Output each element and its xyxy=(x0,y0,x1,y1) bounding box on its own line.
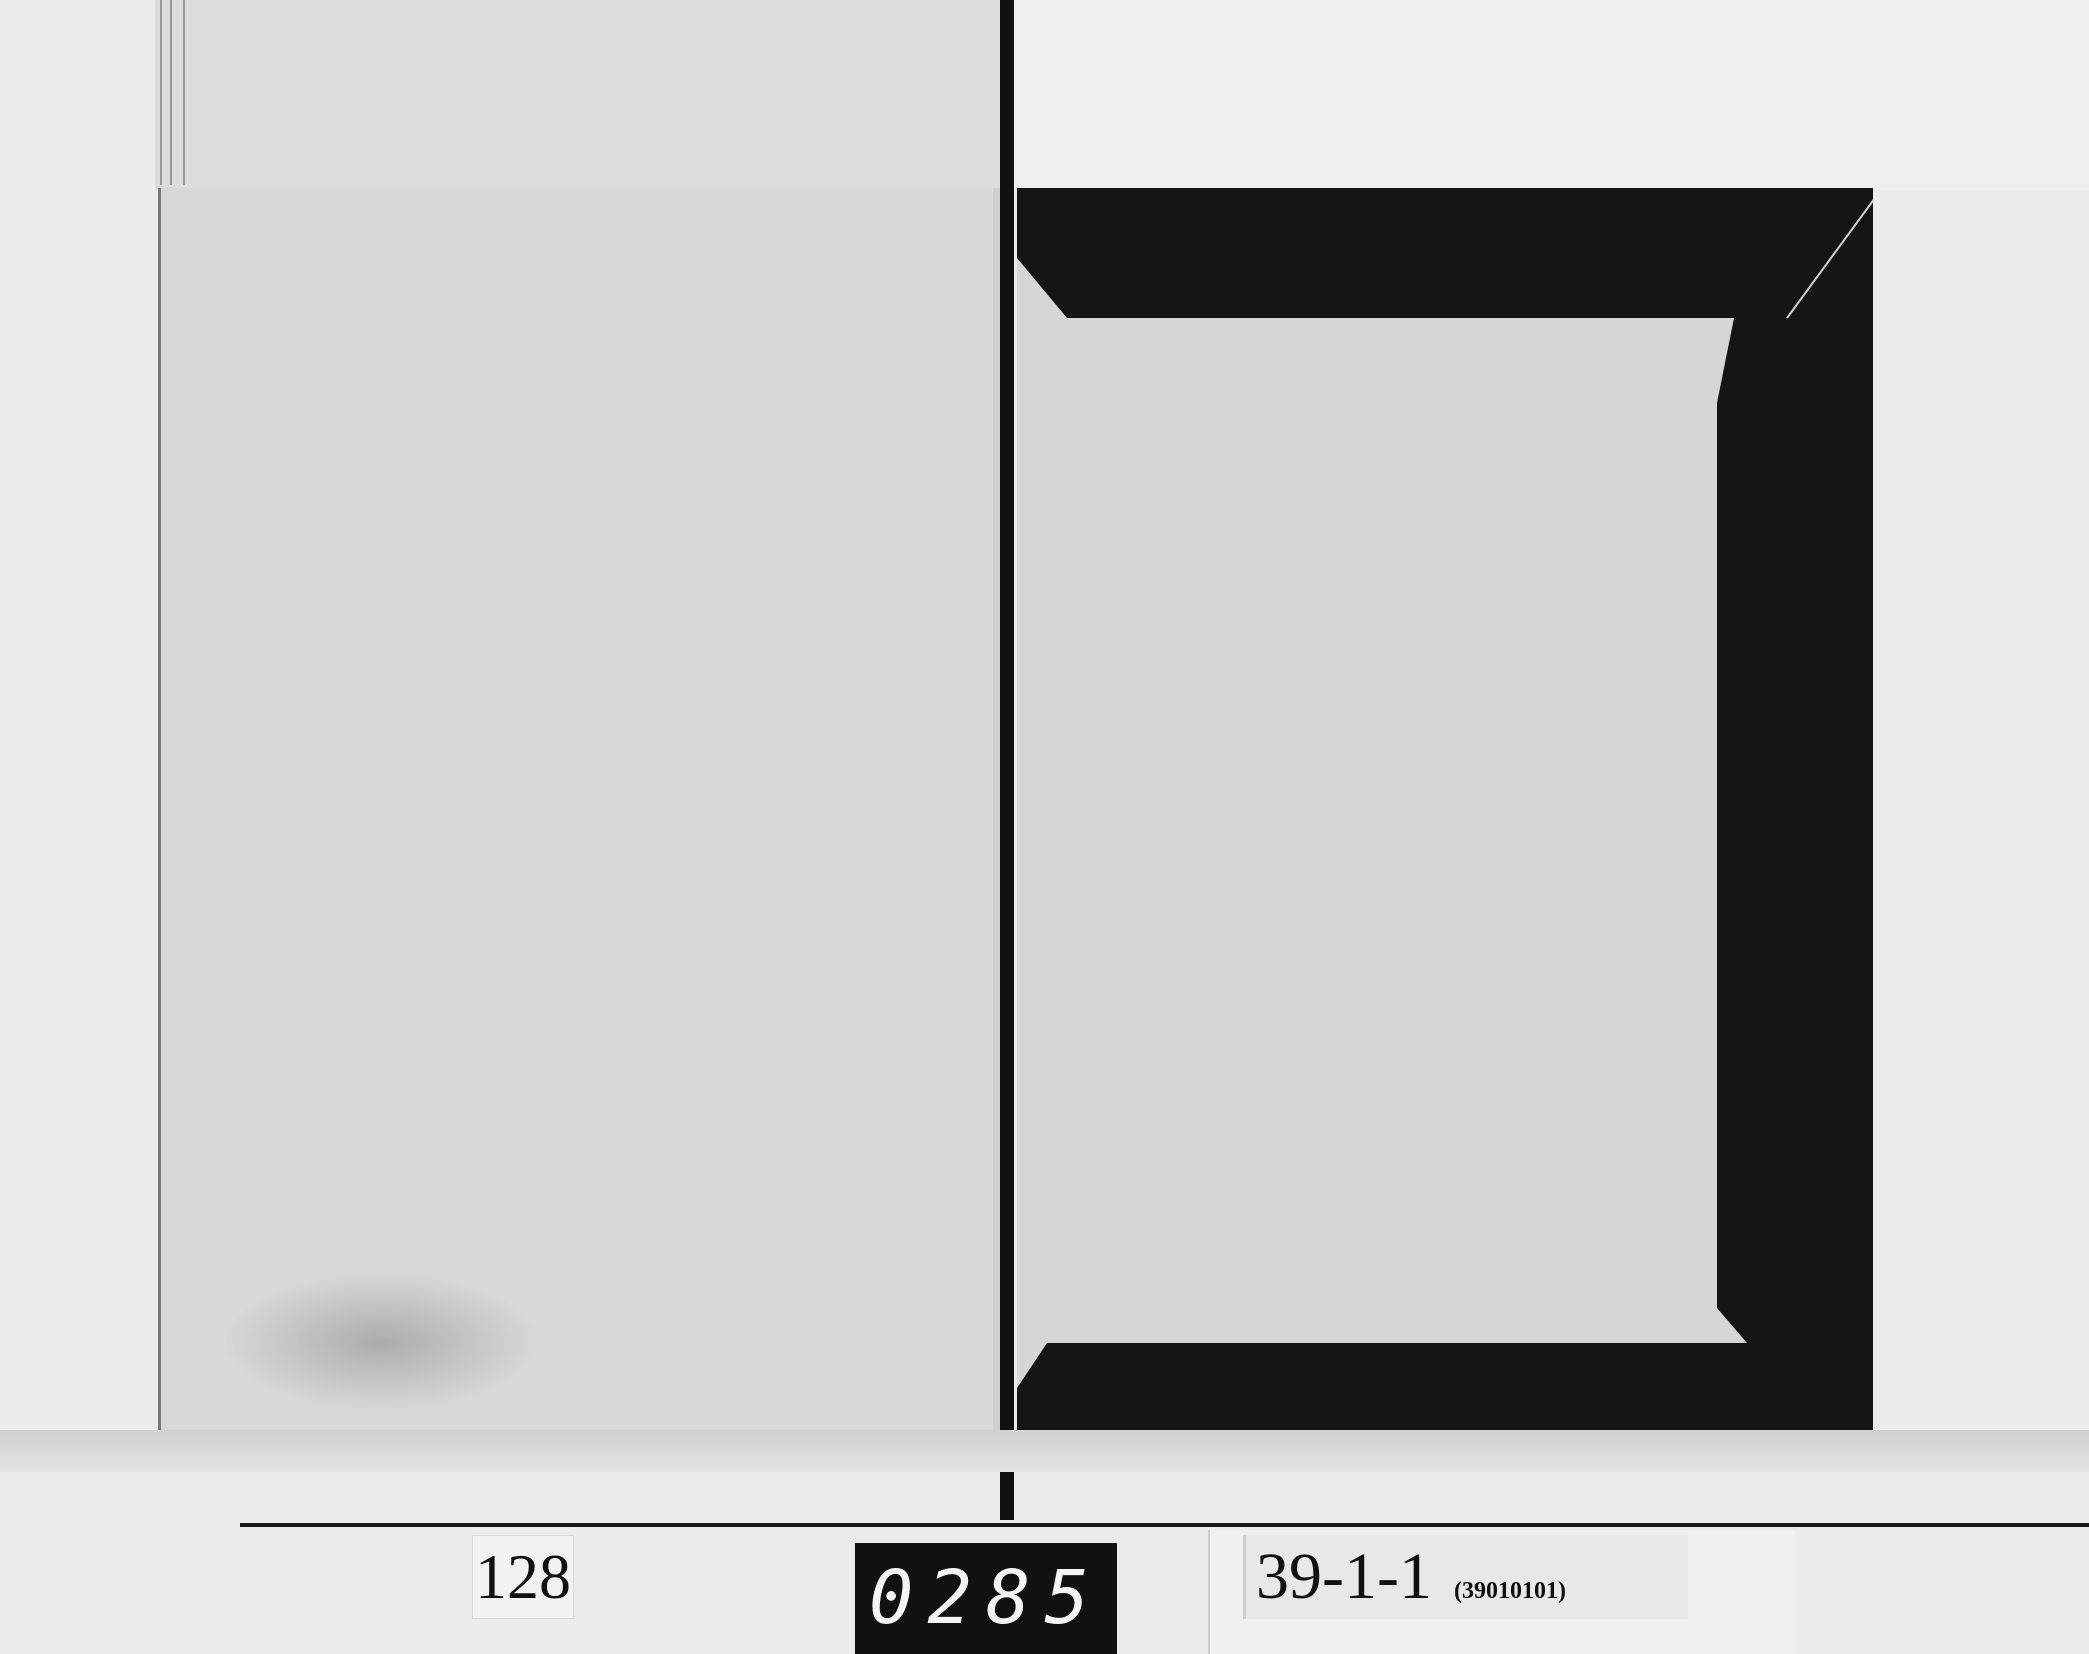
left-endpaper xyxy=(158,188,1011,1435)
book-cover xyxy=(1017,188,1873,1434)
page-edge-line xyxy=(160,0,162,185)
scan-background-top-right xyxy=(1012,0,2089,190)
page-edge-line xyxy=(183,0,185,185)
page-number-label: 128 xyxy=(472,1535,574,1619)
reference-label: 39-1-1 (39010101) xyxy=(1243,1535,1688,1619)
paper-stain xyxy=(221,1272,541,1412)
frame-number-label: 0285 xyxy=(855,1543,1117,1654)
page-edge-line xyxy=(170,0,172,185)
cover-binding-graphic xyxy=(1017,188,1873,1434)
reference-id: (39010101) xyxy=(1454,1578,1566,1605)
spine-divider xyxy=(1000,0,1014,1520)
reference-code: 39-1-1 xyxy=(1256,1535,1432,1619)
scan-shadow xyxy=(0,1430,2089,1472)
page-stack-background xyxy=(155,0,1005,190)
frame-outline xyxy=(240,1523,2089,1527)
